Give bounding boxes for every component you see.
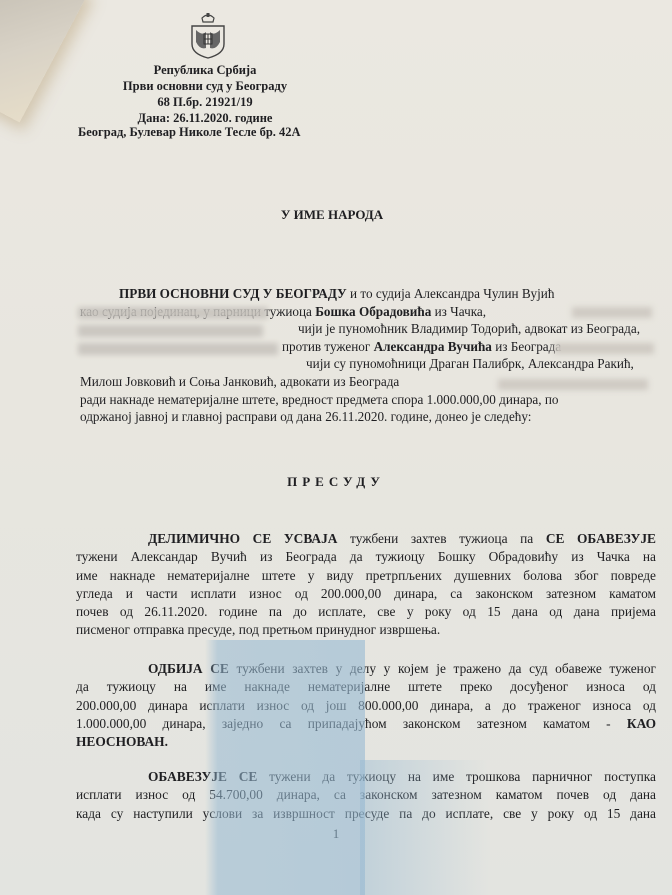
costs-paragraph: ОБАВЕЗУЈЕ СЕ тужени да тужиоцу на име тр… [76, 768, 656, 823]
para-line: 1.000.000,00 динара, заједно са припадај… [76, 715, 656, 733]
decision-date: Дана: 26.11.2020. године [70, 110, 340, 126]
intro-line: чији су пуномоћници Драган Палибрк, Алек… [86, 355, 656, 373]
court-address: Београд, Булевар Николе Тесле бр. 42А [78, 125, 301, 140]
para-line: угледа и части исплати износ од 200.000,… [76, 585, 656, 603]
intro-line: одржаној јавној и главној расправи од да… [80, 408, 656, 426]
redacted-text [78, 343, 278, 355]
para-line: 200.000,00 динара исплати износ од још 8… [76, 697, 656, 715]
para-line: када су наступили услови за извршност пр… [76, 805, 656, 823]
para-line: исплати износ од 54.700,00 динара, са за… [76, 786, 656, 804]
document-page: Република Србија Први основни суд у Беог… [0, 0, 672, 895]
partially-granted-paragraph: ДЕЛИМИЧНО СЕ УСВАЈА тужбени захтев тужио… [76, 530, 656, 640]
para-line: тужени Александар Вучић из Београда да т… [76, 548, 656, 566]
redacted-text [572, 307, 652, 318]
in-the-name-of-people-heading: У ИМЕ НАРОДА [0, 207, 672, 223]
para-line: да тужиоцу на име накнаде нематеријалне … [76, 678, 656, 696]
case-number: 68 П.бр. 21921/19 [70, 94, 340, 110]
court-header: Република Србија Први основни суд у Беог… [70, 62, 340, 126]
page-number: 1 [0, 826, 672, 842]
para-line: писменог отправка пресуде, под претњом п… [76, 621, 656, 639]
para-line: име накнаде нематеријалне штете у виду п… [76, 567, 656, 585]
country-name: Република Србија [70, 62, 340, 78]
para-line: ОДБИЈА СЕ тужбени захтев у делу у којем … [76, 660, 656, 678]
para-line: ОБАВЕЗУЈЕ СЕ тужени да тужиоцу на име тр… [76, 768, 656, 786]
redacted-text [78, 325, 263, 337]
redacted-text [78, 307, 268, 319]
redacted-text [498, 379, 648, 390]
verdict-heading: ПРЕСУДУ [0, 474, 672, 490]
intro-line: ПРВИ ОСНОВНИ СУД У БЕОГРАДУ и то судија … [86, 285, 656, 303]
para-line: НЕОСНОВАН. [76, 733, 656, 751]
para-line: почев од 26.11.2020. године па до исплат… [76, 603, 656, 621]
serbian-coat-of-arms-icon [186, 12, 230, 60]
court-name: Први основни суд у Београду [70, 78, 340, 94]
rejected-paragraph: ОДБИЈА СЕ тужбени захтев у делу у којем … [76, 660, 656, 751]
para-line: ДЕЛИМИЧНО СЕ УСВАЈА тужбени захтев тужио… [76, 530, 656, 548]
intro-line: ради накнаде нематеријалне штете, вредно… [80, 391, 656, 409]
introduction-paragraph: ПРВИ ОСНОВНИ СУД У БЕОГРАДУ и то судија … [86, 285, 656, 426]
redacted-text [554, 343, 654, 354]
